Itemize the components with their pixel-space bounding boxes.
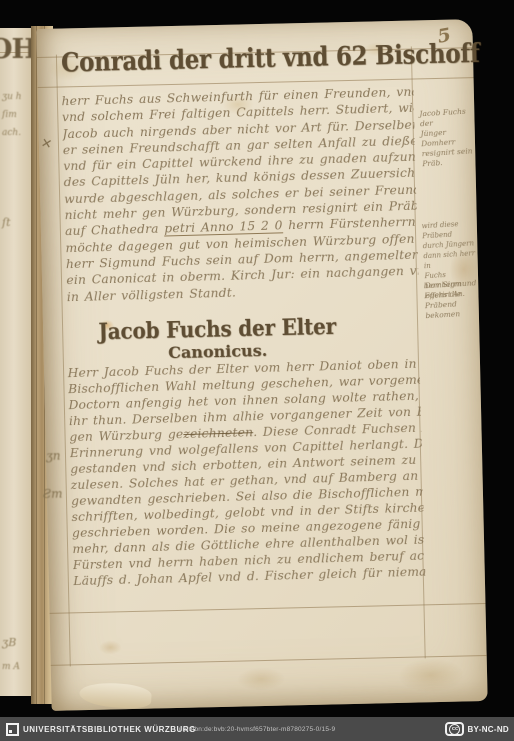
gutter-crease — [36, 26, 37, 704]
text-span: auf Chathedra — [65, 222, 165, 239]
section-heading-jacob-fuchs: Jacob Fuchs der Elter Canonicus. — [67, 314, 368, 365]
margin-note-line: resignirt sein Präb. — [422, 146, 477, 169]
facing-page-text-fragment: ach. — [2, 128, 21, 138]
struck-word: zeichneten — [183, 425, 253, 441]
facing-page-text-fragment: ʒu h — [2, 92, 22, 102]
chapter-heading-conradi: Conradi der dritt vnd 62 Bischoff — [61, 39, 462, 78]
manuscript-page: 5 Conradi der dritt vnd 62 Bischoff herr… — [36, 19, 487, 711]
ruled-line-footer — [51, 655, 487, 666]
text-span: herrn Fürstenherrn vnd herrn — [282, 214, 417, 233]
facing-page-text-fragment: ʒB — [2, 636, 16, 649]
page-corner-curl — [79, 681, 152, 710]
margin-note-sigmund: herr Sigmund Fuchs die Präbend bekomen — [423, 278, 479, 321]
facing-page-edge: OH ʒu h ſim ach. ſt ʒB m A — [0, 28, 32, 696]
cc-license-icon: cc — [445, 722, 464, 736]
library-name: UNIVERSITÄTSBIBLIOTHEK WÜRZBURG — [23, 725, 196, 734]
library-logo-dot — [9, 730, 12, 733]
margin-note-line: Präbend bekomen — [425, 298, 480, 321]
facing-page-text-fragment: ſt — [2, 216, 11, 229]
paragraph-conradi: herr Fuchs aus Schweinfurth für einen Fr… — [61, 84, 419, 305]
scan-canvas: OH ʒu h ſim ach. ſt ʒB m A 5 Conradi der… — [0, 0, 514, 741]
license-label: BY-NC-ND — [467, 725, 509, 734]
margin-pen-mark: ʒn — [46, 449, 61, 463]
urn-identifier: urn:nbn:de:bvb:20-hvmsf657bter-m8780275-… — [179, 717, 336, 741]
cc-circle-icon: cc — [449, 724, 460, 735]
ruled-line-text-bottom — [50, 603, 486, 614]
facing-page-heading-fragment: OH — [0, 34, 32, 65]
metadata-bar: UNIVERSITÄTSBIBLIOTHEK WÜRZBURG urn:nbn:… — [0, 717, 514, 741]
margin-cross-mark: ✕ — [39, 136, 53, 153]
library-logo-icon — [6, 723, 19, 736]
license-badge: cc BY-NC-ND — [445, 717, 509, 741]
library-branding: UNIVERSITÄTSBIBLIOTHEK WÜRZBURG — [6, 717, 196, 741]
facing-page-text-fragment: ſim — [2, 110, 17, 120]
paragraph-jacob-fuchs: Herr Jacob Fuchs der Elter vom herr Dani… — [67, 356, 425, 589]
margin-note-resignation: Jacob Fuchs der Jünger Domherr resignirt… — [419, 106, 476, 169]
facing-page-text-fragment: m A — [2, 662, 20, 672]
margin-pen-mark: Ꙅm — [43, 487, 63, 501]
